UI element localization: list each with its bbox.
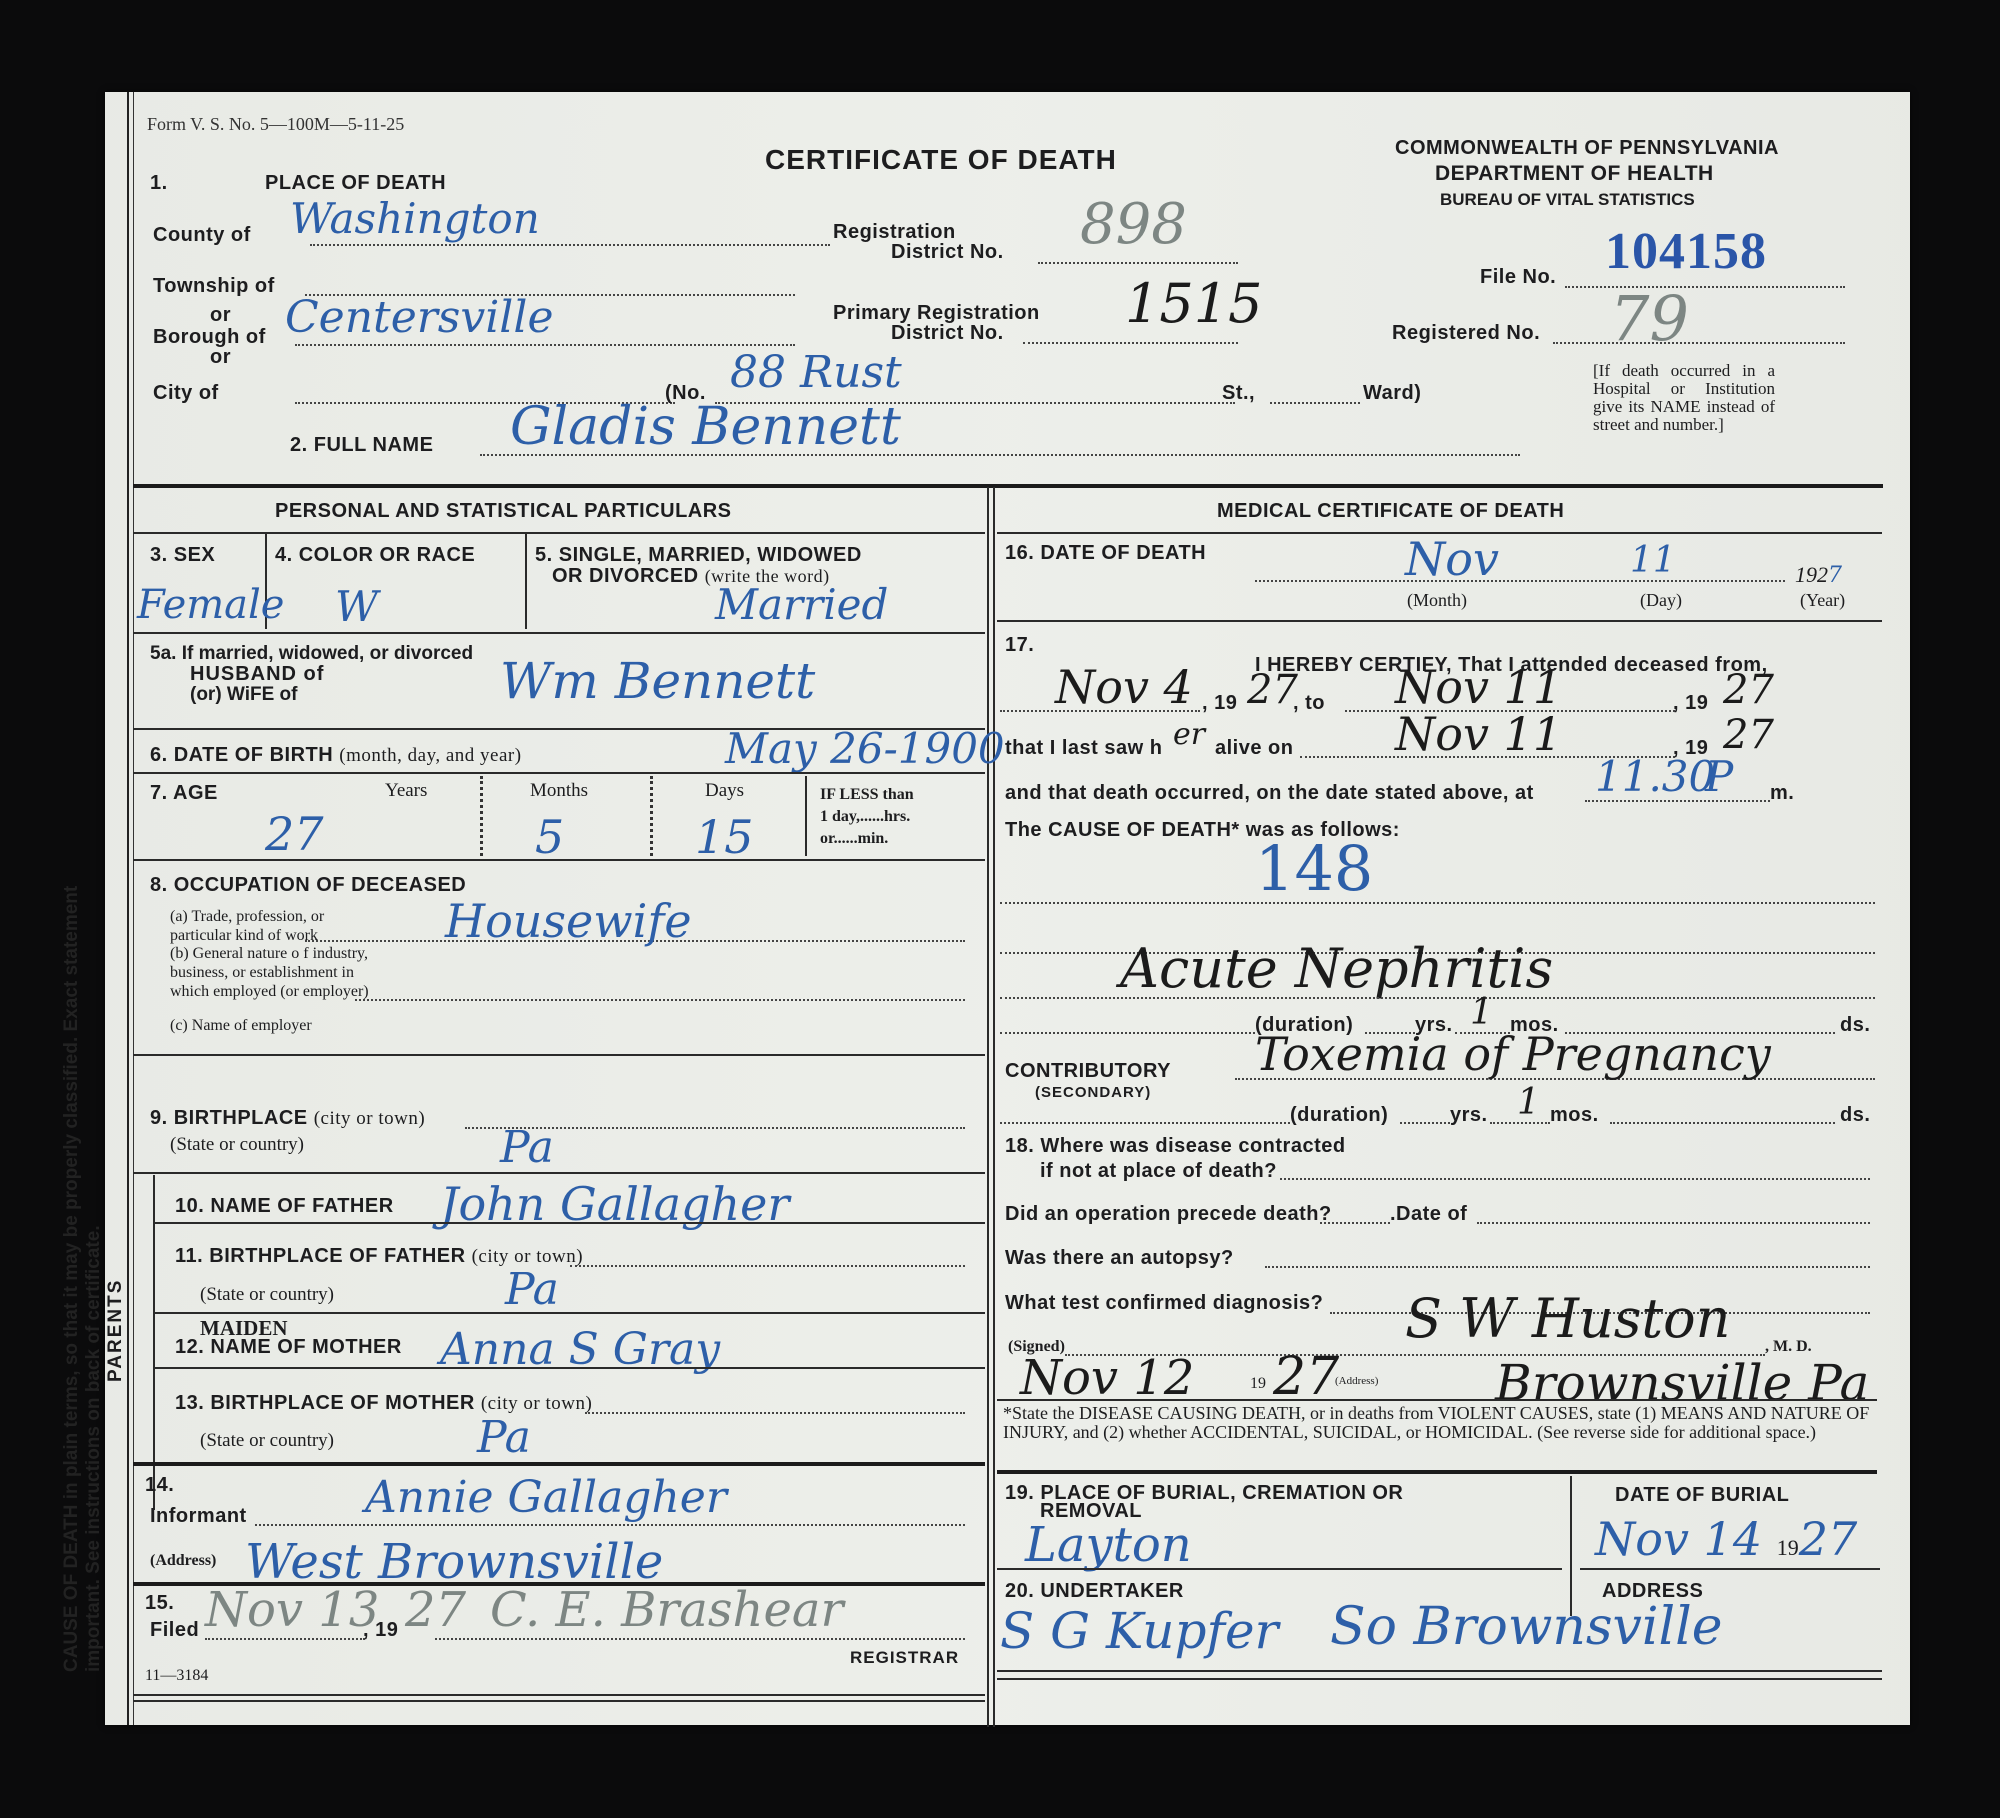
issuer-commonwealth: COMMONWEALTH OF PENNSYLVANIA <box>1395 137 1779 160</box>
issuer-department: DEPARTMENT OF HEALTH <box>1435 162 1714 186</box>
contributory-duration-dotted-line <box>1000 1122 1290 1124</box>
ward-label: Ward) <box>1363 382 1421 405</box>
divider <box>997 1678 1882 1680</box>
divider <box>1610 1122 1835 1124</box>
divider <box>997 620 1882 622</box>
column-divider-left <box>987 487 989 1727</box>
age-years-value: 27 <box>265 807 324 861</box>
sex-label: 3. SEX <box>150 544 215 567</box>
death-time-label: and that death occurred, on the date sta… <box>1005 782 1534 805</box>
primary-registration-dotted-line <box>1023 342 1238 344</box>
divider <box>133 632 985 634</box>
burial-date-value: Nov 14 1927 <box>1595 1512 1857 1566</box>
hospital-note: [If death occurred in a Hospital or Inst… <box>1593 362 1775 434</box>
occupation-b-dotted-line <box>355 999 965 1001</box>
autopsy-label: Was there an autopsy? <box>1005 1247 1234 1270</box>
item-18-label-2: if not at place of death? <box>1040 1160 1277 1183</box>
date-of-death-year: 1927 <box>1795 562 1842 588</box>
undertaker-address-value: So Brownsville <box>1330 1597 1723 1657</box>
attended-to-year: 27 <box>1723 667 1774 713</box>
secondary-label: (SECONDARY) <box>1035 1084 1151 1101</box>
street-suffix-label: St., <box>1222 382 1255 405</box>
informant-value: Annie Gallagher <box>365 1472 727 1523</box>
cause-dotted-line-3 <box>1000 997 1875 999</box>
primary-registration-value: 1515 <box>1125 272 1262 335</box>
mother-birthplace-value: Pa <box>477 1412 531 1463</box>
filed-date-dotted-line <box>205 1638 365 1640</box>
birthplace-label: 9. BIRTHPLACE (city or town) <box>150 1107 425 1130</box>
full-name-label: 2. FULL NAME <box>290 434 433 457</box>
main-section-divider <box>133 484 1883 488</box>
side-instruction-line-1: CAUSE OF DEATH in plain terms, so that i… <box>61 886 83 1672</box>
attended-from-nineteen: , 19 <box>1202 692 1237 715</box>
occupation-b-label: (b) General nature o f industry,business… <box>170 944 369 1001</box>
county-value: Washington <box>290 194 540 243</box>
divider <box>480 776 483 856</box>
print-code: 11—3184 <box>145 1667 208 1685</box>
cause-duration-dotted-line <box>1000 1032 1255 1034</box>
registered-number-value: 79 <box>1610 282 1689 355</box>
cause-code: 148 <box>1255 832 1373 905</box>
age-label: 7. AGE <box>150 782 218 805</box>
birthplace-state-label: (State or country) <box>170 1134 304 1156</box>
burial-date-label: DATE OF BURIAL <box>1615 1484 1789 1507</box>
item-17-number: 17. <box>1005 634 1034 657</box>
age-months-label: Months <box>530 780 588 802</box>
death-certificate-document: CAUSE OF DEATH in plain terms, so that i… <box>105 92 1910 1725</box>
medical-section-header: MEDICAL CERTIFICATE OF DEATH <box>1217 500 1564 523</box>
cause-of-death-footnote: *State the DISEASE CAUSING DEATH, or in … <box>1003 1404 1878 1442</box>
divider <box>133 859 985 861</box>
divider <box>1580 1568 1880 1570</box>
or-label-1: or <box>210 304 231 327</box>
city-label: City of <box>153 382 219 405</box>
file-number-label: File No. <box>1480 266 1556 289</box>
operation-date-label: .Date of <box>1390 1203 1467 1226</box>
last-saw-date: Nov 11 <box>1395 707 1562 761</box>
document-title: CERTIFICATE OF DEATH <box>765 144 1117 176</box>
last-saw-label: that I last saw h <box>1005 737 1162 760</box>
personal-section-header: PERSONAL AND STATISTICAL PARTICULARS <box>275 500 732 523</box>
diagnosis-test-label: What test confirmed diagnosis? <box>1005 1292 1323 1315</box>
parents-side-label: PARENTS <box>105 1279 127 1382</box>
death-time-value: 11.30 <box>1595 752 1715 801</box>
divider <box>133 1694 985 1696</box>
or-label-2: or <box>210 346 231 369</box>
divider <box>133 1462 985 1466</box>
column-divider-right <box>993 487 995 1727</box>
cause-ds-label: ds. <box>1840 1014 1870 1037</box>
contributory-duration-months: 1 <box>1517 1082 1540 1123</box>
borough-dotted-line <box>295 344 795 346</box>
age-years-label: Years <box>385 780 427 802</box>
contributory-value: Toxemia of Pregnancy <box>1255 1027 1771 1081</box>
divider <box>155 1222 985 1224</box>
attended-from-year: 27 <box>1247 667 1298 713</box>
divider <box>525 534 527 629</box>
signed-date: Nov 12 <box>1020 1350 1194 1406</box>
informant-address-label: (Address) <box>150 1552 216 1570</box>
to-label: , to <box>1293 692 1325 715</box>
binding-margin-rule <box>127 92 134 1725</box>
physician-address-label: (Address) <box>1335 1375 1378 1387</box>
filed-number: 15. <box>145 1592 174 1615</box>
autopsy-dotted-line <box>1265 1266 1870 1268</box>
registration-district-value: 898 <box>1080 192 1187 257</box>
dob-value: May 26-1900 <box>725 724 1005 773</box>
attended-to-nineteen: , 19 <box>1673 692 1708 715</box>
undertaker-value: S G Kupfer <box>1000 1602 1278 1660</box>
operation-dotted-line <box>1320 1222 1390 1224</box>
date-of-death-dotted-line <box>1255 580 1785 582</box>
signed-year: 27 <box>1273 1347 1339 1407</box>
race-value: W <box>335 582 378 631</box>
ward-dotted-line <box>1270 402 1360 404</box>
item-18-label-1: 18. Where was disease contracted <box>1005 1135 1346 1158</box>
filed-label: Filed <box>150 1619 199 1642</box>
registration-district-label: RegistrationDistrict No. <box>833 222 1004 262</box>
divider <box>650 776 653 856</box>
age-days-value: 15 <box>695 810 754 864</box>
divider <box>997 1399 1877 1401</box>
registrar-dotted-line <box>435 1638 965 1640</box>
divider <box>1400 1122 1450 1124</box>
operation-date-dotted-line <box>1477 1222 1870 1224</box>
street-value: 88 Rust <box>730 347 902 398</box>
registration-district-dotted-line <box>1038 262 1238 264</box>
date-of-death-month: Nov <box>1405 532 1499 586</box>
registered-number-dotted-line <box>1553 342 1845 344</box>
parents-bracket-line <box>153 1175 155 1510</box>
divider <box>133 772 985 774</box>
informant-label: Informant <box>150 1505 247 1528</box>
alive-on-label: alive on <box>1215 737 1293 760</box>
occupation-a-label: (a) Trade, profession, orparticular kind… <box>170 907 324 945</box>
contributory-mos-label: mos. <box>1550 1104 1599 1127</box>
item-18-dotted-line <box>1280 1178 1870 1180</box>
place-of-death-number: 1. <box>150 172 168 195</box>
filed-date-value: Nov 13 <box>205 1582 379 1638</box>
father-name-label: 10. NAME OF FATHER <box>175 1195 394 1218</box>
death-time-ampm: P <box>1705 752 1733 801</box>
day-caption: (Day) <box>1640 590 1682 611</box>
divider <box>155 1367 985 1369</box>
filed-year-prefix: , 19 <box>363 1619 398 1642</box>
divider <box>1570 1476 1572 1616</box>
attended-to-date: Nov 11 <box>1395 660 1562 714</box>
physician-signature: S W Huston <box>1405 1287 1730 1350</box>
divider <box>133 532 985 534</box>
township-label: Township of <box>153 275 275 298</box>
birthplace-value: Pa <box>500 1122 554 1173</box>
occupation-value: Housewife <box>445 894 692 948</box>
year-caption: (Year) <box>1800 590 1845 611</box>
divider <box>997 1670 1882 1672</box>
divider <box>997 1568 1562 1570</box>
place-of-death-heading: PLACE OF DEATH <box>265 172 446 195</box>
divider <box>155 1312 985 1314</box>
registered-number-label: Registered No. <box>1392 322 1540 345</box>
file-number-dotted-line <box>1565 286 1845 288</box>
spouse-label: 5a. If married, widowed, or divorcedHUSB… <box>150 644 473 705</box>
mother-birthplace-state-label: (State or country) <box>200 1430 334 1452</box>
marital-status-value: Married <box>715 580 888 629</box>
form-number: Form V. S. No. 5—100M—5-11-25 <box>147 114 404 135</box>
undertaker-label: 20. UNDERTAKER <box>1005 1580 1184 1603</box>
attended-from-date: Nov 4 <box>1055 660 1193 714</box>
occupation-label: 8. OCCUPATION OF DECEASED <box>150 874 466 897</box>
burial-place-value: Layton <box>1025 1517 1192 1573</box>
operation-label: Did an operation precede death? <box>1005 1203 1332 1226</box>
contributory-duration-label: (duration) <box>1290 1104 1388 1127</box>
age-months-value: 5 <box>535 810 564 864</box>
age-days-label: Days <box>705 780 744 802</box>
divider <box>997 1470 1877 1474</box>
mother-name-label: 12. NAME OF MOTHER <box>175 1336 402 1359</box>
primary-registration-label: Primary RegistrationDistrict No. <box>833 303 1040 343</box>
contributory-label: CONTRIBUTORY <box>1005 1060 1171 1083</box>
county-dotted-line <box>310 244 830 246</box>
father-birthplace-state-label: (State or country) <box>200 1284 334 1306</box>
last-saw-pronoun: er <box>1173 717 1205 752</box>
cause-dotted-line-1 <box>1000 902 1875 904</box>
month-caption: (Month) <box>1407 590 1467 611</box>
spouse-value: Wm Bennett <box>500 652 815 710</box>
full-name-value: Gladis Bennett <box>510 397 901 457</box>
dob-label: 6. DATE OF BIRTH (month, day, and year) <box>150 744 522 767</box>
registrar-signature: C. E. Brashear <box>490 1582 843 1638</box>
father-birthplace-dotted-line <box>570 1265 965 1267</box>
contributory-yrs-label: yrs. <box>1450 1104 1488 1127</box>
county-label: County of <box>153 224 251 247</box>
divider <box>133 1700 985 1702</box>
marital-status-label-1: 5. SINGLE, MARRIED, WIDOWED <box>535 544 862 567</box>
age-less-than-day-note: IF LESS than1 day,......hrs.or......min. <box>820 784 914 850</box>
file-number-stamp: 104158 <box>1605 222 1767 281</box>
signed-nineteen: 19 <box>1250 1375 1266 1393</box>
informant-dotted-line <box>255 1524 965 1526</box>
registrar-label: REGISTRAR <box>850 1648 959 1668</box>
m-label: m. <box>1770 782 1794 805</box>
race-label: 4. COLOR OR RACE <box>275 544 475 567</box>
side-instruction-line-2: important. See instructions on back of c… <box>83 1225 105 1672</box>
father-birthplace-value: Pa <box>505 1264 559 1315</box>
divider <box>133 1172 985 1174</box>
divider <box>133 1054 985 1056</box>
cause-of-death-value: Acute Nephritis <box>1120 937 1553 1000</box>
contributory-ds-label: ds. <box>1840 1104 1870 1127</box>
issuer-bureau: BUREAU OF VITAL STATISTICS <box>1440 190 1695 210</box>
date-of-death-label: 16. DATE OF DEATH <box>1005 542 1206 565</box>
mother-birthplace-dotted-line <box>585 1412 965 1414</box>
occupation-c-label: (c) Name of employer <box>170 1017 312 1035</box>
date-of-death-day: 11 <box>1630 540 1676 581</box>
borough-value: Centersville <box>285 292 554 343</box>
filed-year-value: 27 <box>405 1582 466 1638</box>
informant-number: 14. <box>145 1474 174 1497</box>
sex-value: Female <box>137 582 284 628</box>
divider <box>805 776 807 856</box>
